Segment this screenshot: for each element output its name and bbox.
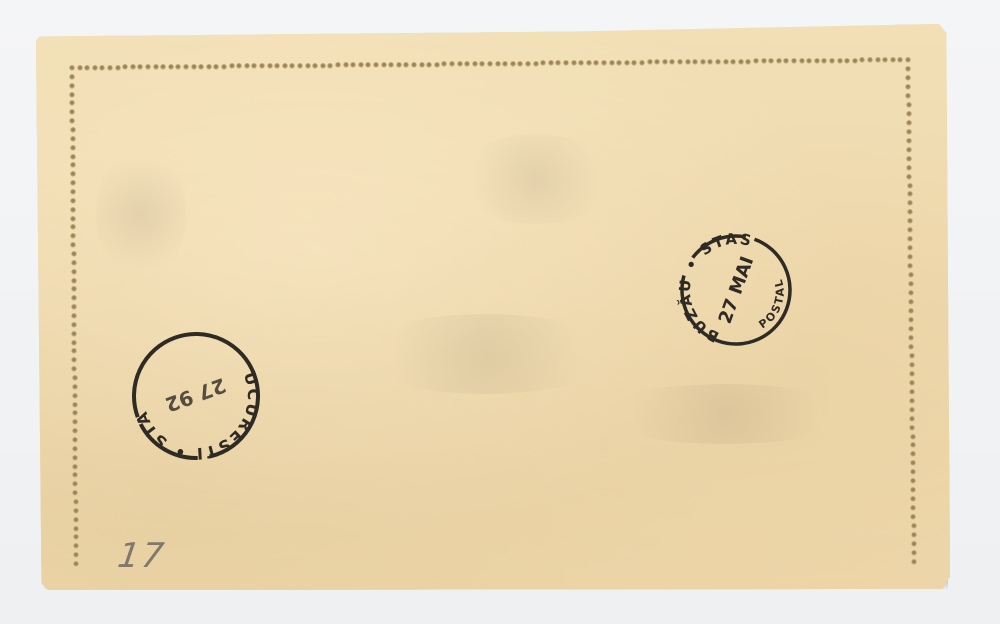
- perforation-hole: [153, 64, 159, 70]
- perforation-hole: [624, 60, 630, 66]
- perforation-hole: [73, 499, 79, 505]
- pencil-note: 17: [115, 536, 168, 576]
- perforation-hole: [72, 393, 78, 399]
- perforation-hole: [130, 64, 136, 70]
- perforation-hole: [905, 75, 911, 81]
- perforation-hole: [305, 63, 311, 69]
- perforation-hole: [700, 59, 706, 65]
- postmark-icon: BUCURESTI • STAS 27 92: [128, 328, 264, 464]
- perforation-hole: [229, 63, 235, 69]
- perforation-hole: [92, 65, 98, 71]
- perforation-border: [36, 24, 950, 590]
- perforation-hole: [745, 59, 751, 65]
- perforation-hole: [72, 419, 78, 425]
- perforation-hole: [907, 183, 913, 189]
- perforation-hole: [267, 63, 273, 69]
- postmark-icon: BUZĂU • STAS POSTAL 27 MAI: [676, 230, 796, 350]
- perforation-hole: [69, 100, 75, 106]
- perforation-hole: [72, 472, 78, 478]
- perforation-hole: [73, 508, 79, 514]
- perforation-hole: [71, 340, 77, 346]
- perforation-hole: [555, 60, 561, 66]
- perforation-hole: [69, 118, 75, 124]
- perforation-hole: [571, 60, 577, 66]
- perforation-hole: [609, 60, 615, 66]
- perforation-hole: [71, 251, 77, 257]
- perforation-hole: [381, 62, 387, 68]
- perforation-hole: [411, 62, 417, 68]
- perforation-hole: [907, 245, 913, 251]
- perforation-hole: [563, 60, 569, 66]
- perforation-hole: [908, 308, 914, 314]
- perforation-hole: [73, 517, 79, 523]
- perforation-hole: [502, 61, 508, 67]
- perforation-hole: [72, 455, 78, 461]
- postmark-right: BUZĂU • STAS POSTAL 27 MAI: [676, 230, 796, 350]
- perforation-hole: [909, 389, 915, 395]
- perforation-hole: [907, 263, 913, 269]
- perforation-hole: [911, 550, 917, 556]
- perforation-hole: [707, 59, 713, 65]
- perforation-hole: [335, 62, 341, 68]
- lettercard: [36, 24, 950, 590]
- perforation-hole: [753, 58, 759, 64]
- perforation-hole: [221, 64, 227, 70]
- perforation-hole: [909, 398, 915, 404]
- perforation-hole: [907, 227, 913, 233]
- perforation-hole: [586, 60, 592, 66]
- perforation-hole: [69, 83, 75, 89]
- perforation-hole: [593, 60, 599, 66]
- perforation-hole: [343, 62, 349, 68]
- perforation-hole: [906, 174, 912, 180]
- perforation-hole: [907, 200, 913, 206]
- perforation-hole: [69, 109, 75, 115]
- perforation-hole: [669, 59, 675, 65]
- perforation-hole: [875, 57, 881, 63]
- perforation-hole: [99, 65, 105, 71]
- postmark-left: BUCURESTI • STAS 27 92: [128, 328, 264, 464]
- perforation-hole: [905, 57, 911, 63]
- perforation-hole: [320, 63, 326, 69]
- perforation-hole: [72, 402, 78, 408]
- perforation-hole: [909, 380, 915, 386]
- perforation-hole: [908, 335, 914, 341]
- perforation-hole: [388, 62, 394, 68]
- perforation-hole: [909, 425, 915, 431]
- perforation-hole: [910, 478, 916, 484]
- perforation-hole: [107, 65, 113, 71]
- perforation-hole: [909, 407, 915, 413]
- perforation-hole: [911, 541, 917, 547]
- perforation-hole: [897, 57, 903, 63]
- perforation-hole: [911, 523, 917, 529]
- perforation-hole: [908, 326, 914, 332]
- perforation-hole: [910, 469, 916, 475]
- perforation-hole: [72, 481, 78, 487]
- perforation-hole: [71, 260, 77, 266]
- perforation-hole: [73, 561, 79, 567]
- perforation-hole: [715, 59, 721, 65]
- perforation-hole: [910, 451, 916, 457]
- perforation-hole: [373, 62, 379, 68]
- perforation-hole: [910, 434, 916, 440]
- perforation-hole: [910, 487, 916, 493]
- perforation-hole: [909, 416, 915, 422]
- perforation-hole: [578, 60, 584, 66]
- perforation-hole: [457, 61, 463, 67]
- perforation-hole: [540, 60, 546, 66]
- perforation-hole: [70, 136, 76, 142]
- perforation-hole: [907, 191, 913, 197]
- perforation-hole: [829, 58, 835, 64]
- perforation-hole: [906, 111, 912, 117]
- perforation-hole: [639, 60, 645, 66]
- perforation-hole: [821, 58, 827, 64]
- perforation-hole: [723, 59, 729, 65]
- perforation-hole: [911, 559, 917, 565]
- perforation-hole: [70, 233, 76, 239]
- perforation-hole: [206, 64, 212, 70]
- perforation-hole: [882, 57, 888, 63]
- perforation-hole: [859, 57, 865, 63]
- perforation-hole: [69, 92, 75, 98]
- perforation-hole: [911, 532, 917, 538]
- perforation-hole: [70, 127, 76, 133]
- perforation-hole: [297, 63, 303, 69]
- perforation-hole: [115, 65, 121, 71]
- perforation-hole: [72, 464, 78, 470]
- perforation-hole: [479, 61, 485, 67]
- perforation-hole: [910, 460, 916, 466]
- perforation-hole: [908, 281, 914, 287]
- perforation-hole: [906, 156, 912, 162]
- perforation-hole: [72, 446, 78, 452]
- perforation-hole: [844, 58, 850, 64]
- perforation-hole: [69, 65, 75, 71]
- perforation-hole: [73, 552, 79, 558]
- perforation-hole: [905, 84, 911, 90]
- perforation-hole: [662, 59, 668, 65]
- perforation-hole: [806, 58, 812, 64]
- perforation-hole: [213, 64, 219, 70]
- perforation-hole: [72, 375, 78, 381]
- perforation-hole: [907, 218, 913, 224]
- perforation-hole: [70, 189, 76, 195]
- perforation-hole: [70, 171, 76, 177]
- perforation-hole: [77, 65, 83, 71]
- perforation-hole: [907, 209, 913, 215]
- stain: [96, 144, 186, 284]
- perforation-hole: [548, 60, 554, 66]
- perforation-hole: [768, 58, 774, 64]
- perforation-hole: [776, 58, 782, 64]
- perforation-hole: [274, 63, 280, 69]
- perforation-hole: [191, 64, 197, 70]
- perforation-hole: [175, 64, 181, 70]
- perforation-hole: [72, 437, 78, 443]
- perforation-hole: [70, 154, 76, 160]
- perforation-hole: [73, 526, 79, 532]
- perforation-hole: [434, 62, 440, 68]
- perforation-hole: [907, 254, 913, 260]
- perforation-hole: [738, 59, 744, 65]
- perforation-hole: [906, 147, 912, 153]
- perforation-hole: [909, 353, 915, 359]
- perforation-hole: [145, 64, 151, 70]
- perforation-hole: [71, 366, 77, 372]
- perforation-hole: [510, 61, 516, 67]
- perforation-hole: [236, 63, 242, 69]
- postmark-left-date: 27 92: [162, 373, 229, 417]
- perforation-hole: [72, 490, 78, 496]
- perforation-hole: [910, 442, 916, 448]
- perforation-hole: [71, 304, 77, 310]
- perforation-hole: [909, 362, 915, 368]
- perforation-hole: [908, 272, 914, 278]
- perforation-hole: [70, 198, 76, 204]
- faded-print: [356, 314, 616, 394]
- perforation-hole: [71, 322, 77, 328]
- perforation-hole: [533, 61, 539, 67]
- perforation-hole: [70, 216, 76, 222]
- perforation-hole: [647, 59, 653, 65]
- perforation-hole: [122, 64, 128, 70]
- perforation-hole: [631, 60, 637, 66]
- perforation-hole: [69, 74, 75, 80]
- perforation-hole: [783, 58, 789, 64]
- perforation-hole: [495, 61, 501, 67]
- faded-print: [596, 384, 856, 444]
- perforation-hole: [71, 278, 77, 284]
- perforation-hole: [71, 348, 77, 354]
- perforation-hole: [852, 58, 858, 64]
- perforation-hole: [71, 269, 77, 275]
- perforation-hole: [419, 62, 425, 68]
- perforation-hole: [71, 357, 77, 363]
- perforation-hole: [449, 61, 455, 67]
- perforation-hole: [905, 66, 911, 72]
- perforation-hole: [910, 514, 916, 520]
- perforation-hole: [70, 180, 76, 186]
- perforation-hole: [198, 64, 204, 70]
- perforation-hole: [906, 120, 912, 126]
- perforation-hole: [601, 60, 607, 66]
- perforation-hole: [70, 207, 76, 213]
- perforation-hole: [73, 543, 79, 549]
- perforation-hole: [791, 58, 797, 64]
- perforation-hole: [487, 61, 493, 67]
- perforation-hole: [70, 224, 76, 230]
- perforation-hole: [72, 428, 78, 434]
- perforation-hole: [906, 102, 912, 108]
- perforation-hole: [908, 299, 914, 305]
- perforation-hole: [312, 63, 318, 69]
- perforation-hole: [160, 64, 166, 70]
- perforation-hole: [517, 61, 523, 67]
- perforation-hole: [73, 534, 79, 540]
- perforation-hole: [908, 290, 914, 296]
- perforation-hole: [71, 295, 77, 301]
- perforation-hole: [426, 62, 432, 68]
- perforation-hole: [365, 62, 371, 68]
- perforation-hole: [183, 64, 189, 70]
- perforation-hole: [890, 57, 896, 63]
- perforation-hole: [906, 138, 912, 144]
- perforation-hole: [251, 63, 257, 69]
- faded-print: [456, 134, 616, 224]
- perforation-hole: [685, 59, 691, 65]
- perforation-hole: [907, 236, 913, 242]
- perforation-hole: [244, 63, 250, 69]
- perforation-hole: [761, 58, 767, 64]
- perforation-hole: [837, 58, 843, 64]
- perforation-hole: [677, 59, 683, 65]
- perforation-hole: [799, 58, 805, 64]
- perforation-hole: [908, 317, 914, 323]
- perforation-hole: [525, 61, 531, 67]
- perforation-hole: [72, 384, 78, 390]
- perforation-hole: [441, 61, 447, 67]
- perforation-hole: [358, 62, 364, 68]
- perforation-hole: [70, 242, 76, 248]
- perforation-hole: [910, 496, 916, 502]
- perforation-hole: [403, 62, 409, 68]
- perforation-hole: [472, 61, 478, 67]
- perforation-hole: [71, 331, 77, 337]
- postmark-right-date: 27 MAI: [715, 254, 759, 327]
- perforation-hole: [71, 286, 77, 292]
- perforation-hole: [730, 59, 736, 65]
- perforation-hole: [906, 129, 912, 135]
- perforation-hole: [464, 61, 470, 67]
- perforation-hole: [616, 60, 622, 66]
- perforation-hole: [70, 162, 76, 168]
- perforation-hole: [282, 63, 288, 69]
- perforation-hole: [905, 93, 911, 99]
- perforation-hole: [908, 344, 914, 350]
- perforation-hole: [71, 313, 77, 319]
- perforation-hole: [814, 58, 820, 64]
- perforation-hole: [70, 145, 76, 151]
- perforation-hole: [137, 64, 143, 70]
- perforation-hole: [72, 410, 78, 416]
- perforation-hole: [867, 57, 873, 63]
- perforation-hole: [906, 165, 912, 171]
- perforation-hole: [289, 63, 295, 69]
- perforation-hole: [910, 505, 916, 511]
- perforation-hole: [327, 63, 333, 69]
- perforation-hole: [259, 63, 265, 69]
- perforation-hole: [692, 59, 698, 65]
- perforation-hole: [654, 59, 660, 65]
- perforation-hole: [350, 62, 356, 68]
- perforation-hole: [84, 65, 90, 71]
- perforation-hole: [168, 64, 174, 70]
- perforation-hole: [909, 371, 915, 377]
- perforation-hole: [396, 62, 402, 68]
